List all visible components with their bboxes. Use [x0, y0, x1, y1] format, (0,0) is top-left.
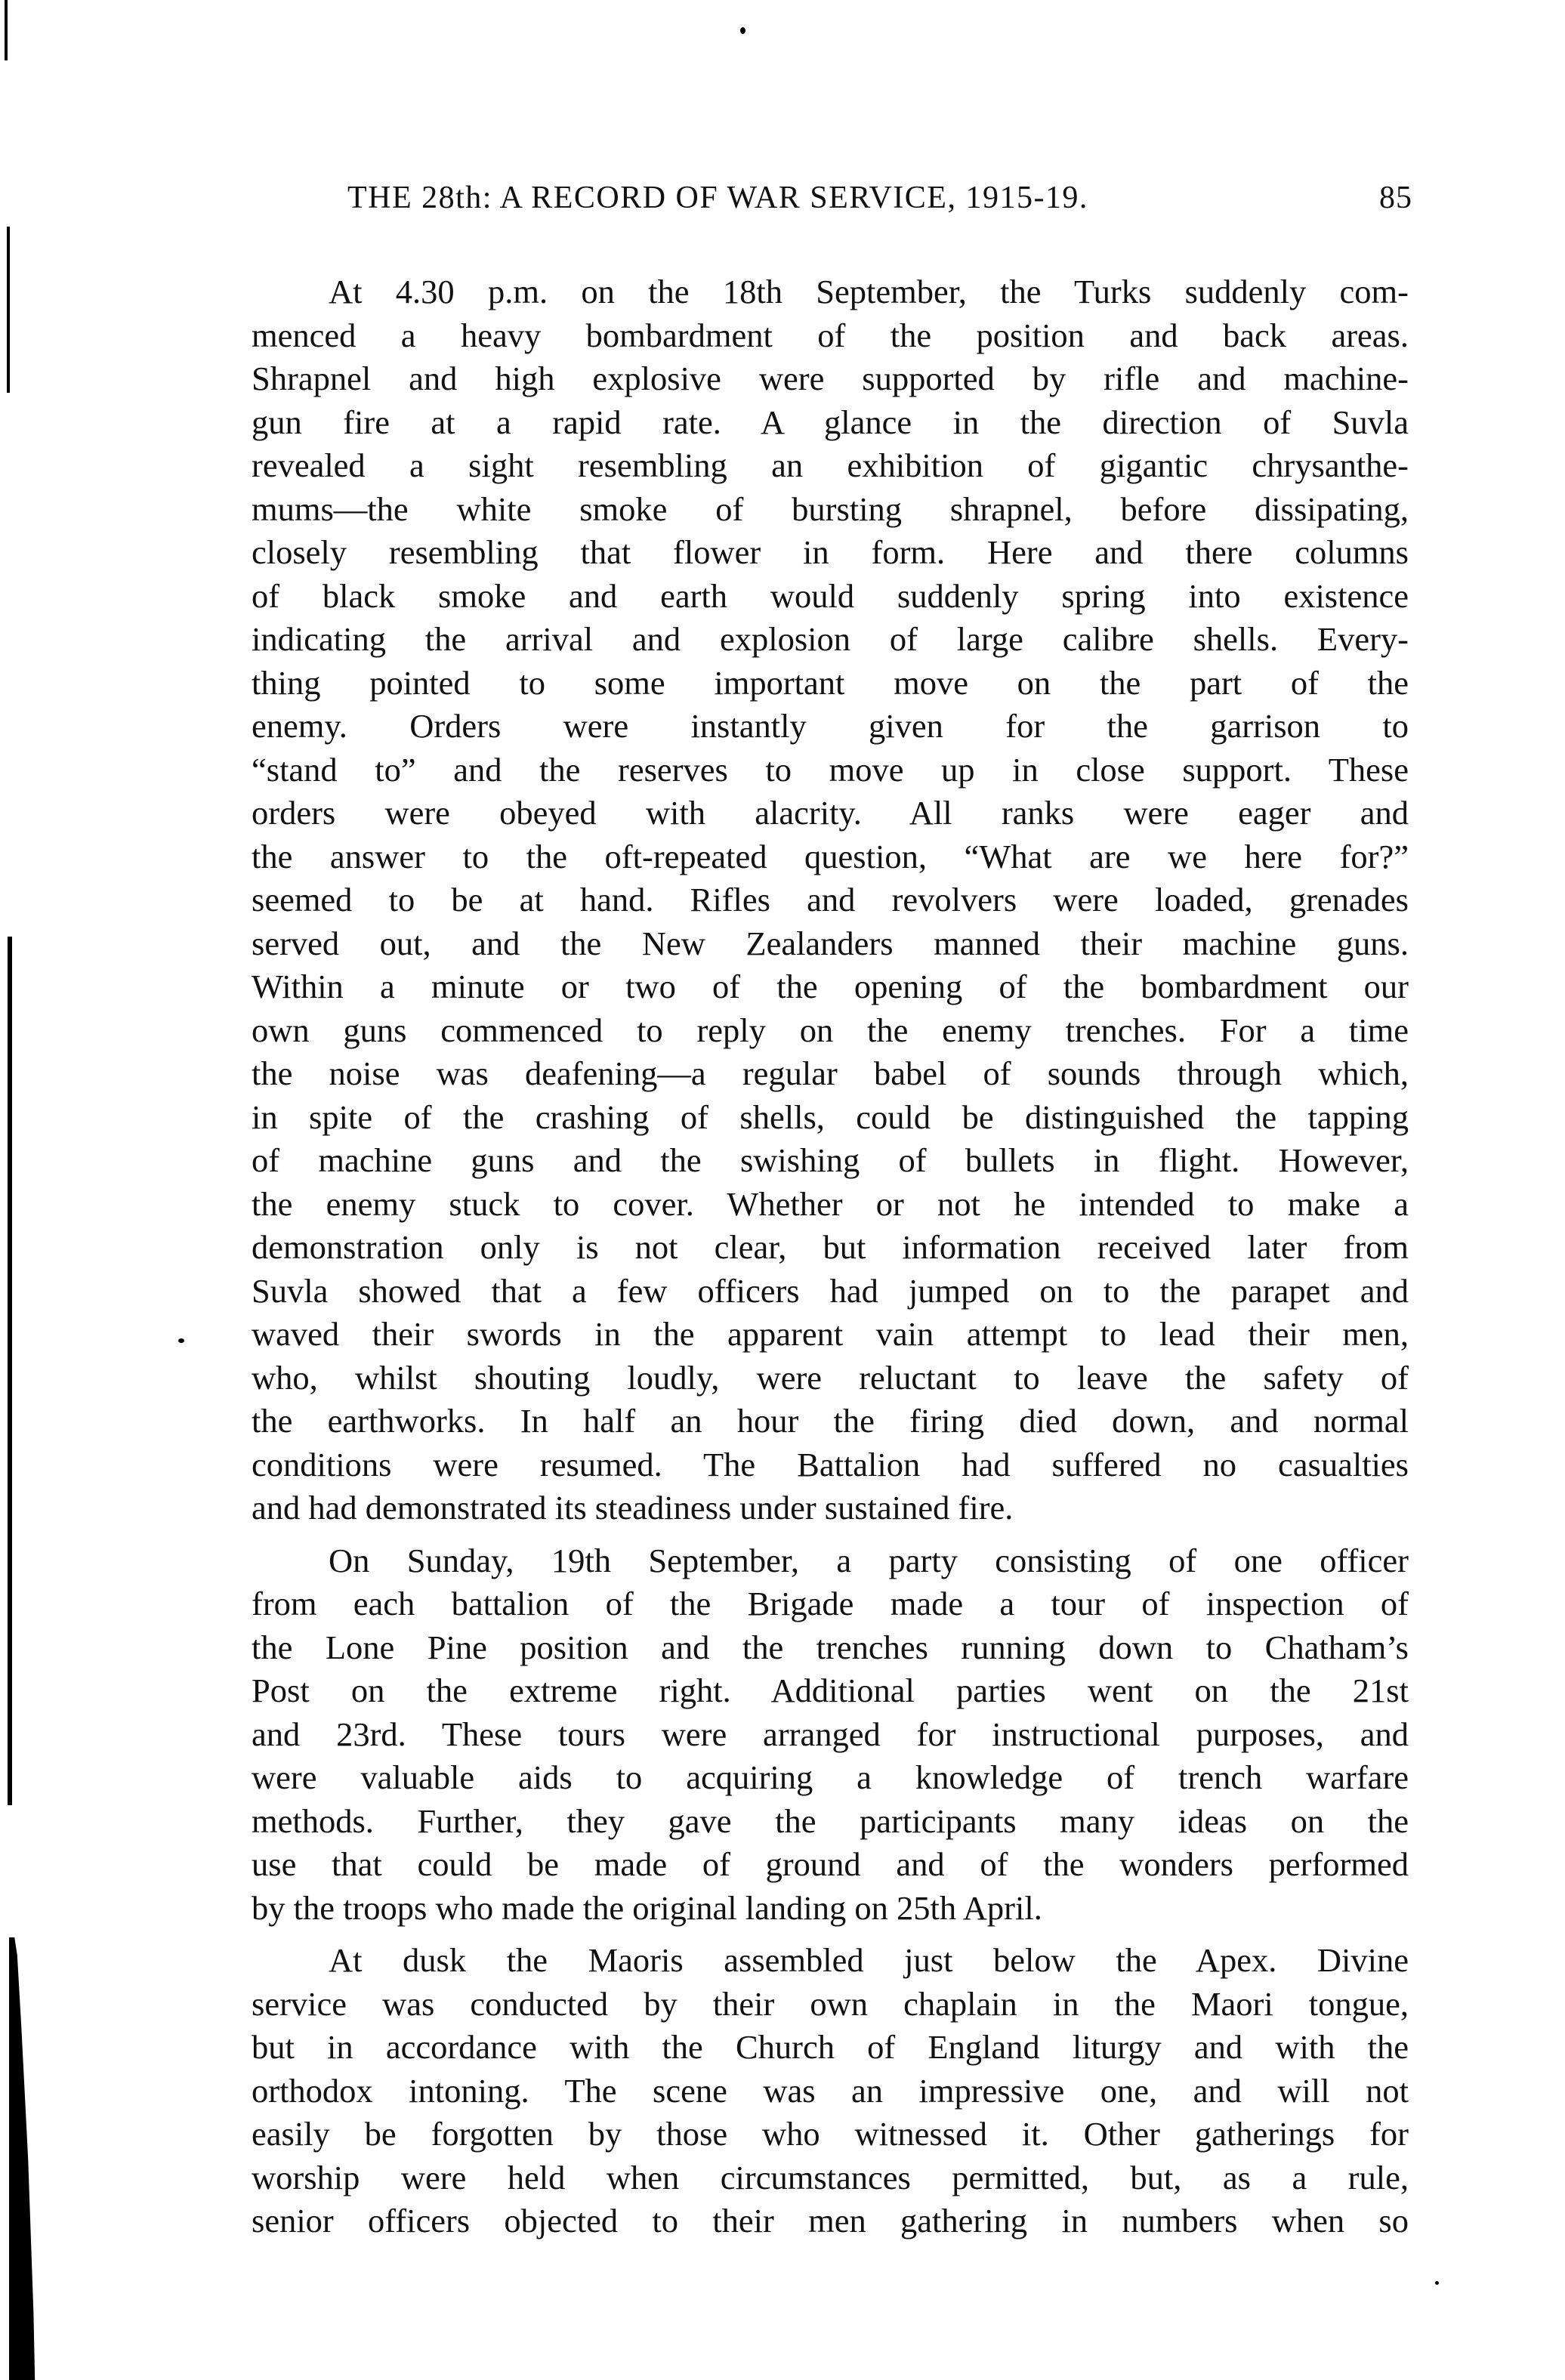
text-line: of machine guns and the swishing of bull…: [252, 1139, 1409, 1183]
text-line: At 4.30 p.m. on the 18th September, the …: [252, 270, 1409, 314]
scanned-page: THE 28th: A RECORD OF WAR SERVICE, 1915-…: [0, 0, 1565, 2380]
text-line: demonstration only is not clear, but inf…: [252, 1226, 1409, 1270]
text-line: revealed a sight resembling an exhibitio…: [252, 444, 1409, 488]
scan-speck: [178, 1338, 184, 1343]
text-line: orthodox intoning. The scene was an impr…: [252, 2070, 1409, 2113]
text-line: seemed to be at hand. Rifles and revolve…: [252, 878, 1409, 922]
text-line: and 23rd. These tours were arranged for …: [252, 1713, 1409, 1757]
text-line: from each battalion of the Brigade made …: [252, 1582, 1409, 1626]
text-line: senior officers objected to their men ga…: [252, 2199, 1409, 2243]
text-line: indicating the arrival and explosion of …: [252, 618, 1409, 662]
text-line: own guns commenced to reply on the enemy…: [252, 1009, 1409, 1053]
text-line: waved their swords in the apparent vain …: [252, 1313, 1409, 1357]
paragraph-maori-service: At dusk the Maoris assembled just below …: [252, 1939, 1409, 2243]
text-line: worship were held when circumstances per…: [252, 2156, 1409, 2200]
text-line: gun fire at a rapid rate. A glance in th…: [252, 401, 1409, 445]
text-line: Within a minute or two of the opening of…: [252, 965, 1409, 1009]
text-line: closely resembling that flower in form. …: [252, 531, 1409, 575]
running-head-title: THE 28th: A RECORD OF WAR SERVICE, 1915-…: [347, 180, 1088, 216]
text-line: enemy. Orders were instantly given for t…: [252, 705, 1409, 749]
text-line: Post on the extreme right. Additional pa…: [252, 1669, 1409, 1713]
body-text: At 4.30 p.m. on the 18th September, the …: [252, 270, 1409, 2252]
text-line: “stand to” and the reserves to move up i…: [252, 749, 1409, 792]
scan-edge-artifact: [9, 1937, 36, 2380]
text-line: the noise was deafening—a regular babel …: [252, 1052, 1409, 1096]
scan-speck: [1435, 2281, 1439, 2285]
text-line: On Sunday, 19th September, a party consi…: [252, 1539, 1409, 1583]
text-line: who, whilst shouting loudly, were reluct…: [252, 1357, 1409, 1400]
text-line: At dusk the Maoris assembled just below …: [252, 1939, 1409, 1983]
text-line: in spite of the crashing of shells, coul…: [252, 1096, 1409, 1140]
text-line: use that could be made of ground and of …: [252, 1843, 1409, 1887]
text-line: the answer to the oft-repeated question,…: [252, 835, 1409, 879]
paragraph-bombardment: At 4.30 p.m. on the 18th September, the …: [252, 270, 1409, 1530]
text-line: by the troops who made the original land…: [252, 1887, 1409, 1931]
text-line: mums—the white smoke of bursting shrapne…: [252, 488, 1409, 532]
text-line: orders were obeyed with alacrity. All ra…: [252, 792, 1409, 835]
scan-edge-artifact: [5, 0, 8, 60]
text-line: Shrapnel and high explosive were support…: [252, 357, 1409, 401]
text-line: but in accordance with the Church of Eng…: [252, 2026, 1409, 2070]
text-line: easily be forgotten by those who witness…: [252, 2113, 1409, 2156]
text-line: menced a heavy bombardment of the positi…: [252, 314, 1409, 358]
text-line: served out, and the New Zealanders manne…: [252, 922, 1409, 966]
text-line: were valuable aids to acquiring a knowle…: [252, 1756, 1409, 1800]
text-line: Suvla showed that a few officers had jum…: [252, 1270, 1409, 1313]
text-line: methods. Further, they gave the particip…: [252, 1800, 1409, 1844]
scan-edge-artifact: [7, 227, 10, 393]
running-head: THE 28th: A RECORD OF WAR SERVICE, 1915-…: [347, 180, 1412, 225]
page-number: 85: [1379, 180, 1412, 216]
text-line: service was conducted by their own chapl…: [252, 1983, 1409, 2027]
text-line: of black smoke and earth would suddenly …: [252, 575, 1409, 619]
text-line: and had demonstrated its steadiness unde…: [252, 1486, 1409, 1530]
text-line: the Lone Pine position and the trenches …: [252, 1626, 1409, 1670]
text-line: thing pointed to some important move on …: [252, 662, 1409, 705]
scan-speck: [740, 27, 745, 34]
paragraph-inspection-tour: On Sunday, 19th September, a party consi…: [252, 1539, 1409, 1931]
text-line: the earthworks. In half an hour the firi…: [252, 1400, 1409, 1443]
scan-edge-artifact: [8, 937, 12, 1805]
text-line: conditions were resumed. The Battalion h…: [252, 1443, 1409, 1487]
text-line: the enemy stuck to cover. Whether or not…: [252, 1183, 1409, 1227]
